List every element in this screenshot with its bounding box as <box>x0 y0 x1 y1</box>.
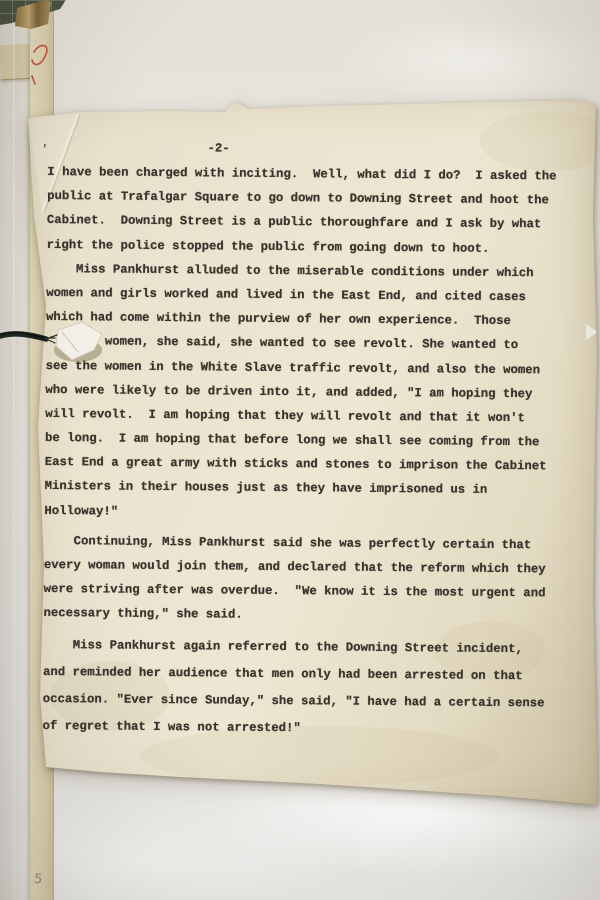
paragraph: Miss Pankhurst again referred to the Dow… <box>42 632 552 744</box>
paragraph: I have been charged with inciting. Well,… <box>47 160 557 261</box>
typed-line: Miss Pankhurst again referred to the Dow… <box>43 632 552 663</box>
red-pencil-mark <box>20 38 60 98</box>
stray-type-mark: ' <box>41 144 48 156</box>
page-paper: -2- ' I have been charged with inciting.… <box>20 96 598 808</box>
photograph-of-typescript-page: { "document": { "page_number": "-2-", "s… <box>0 0 600 900</box>
typed-line: Holloway!" <box>44 499 553 528</box>
typed-line: of regret that I was not arrested!" <box>42 713 551 744</box>
tear-and-thread <box>0 318 140 382</box>
archive-numeral: 5 <box>33 872 43 888</box>
typed-line: occasion. "Ever since Sunday," she said,… <box>43 686 552 717</box>
typed-line: and reminded her audience that men only … <box>43 659 552 690</box>
typed-paragraphs: I have been charged with inciting. Well,… <box>42 160 556 744</box>
paragraph: Miss Pankhurst alluded to the miserable … <box>44 257 555 527</box>
typed-line: Ministers in their houses just as they h… <box>44 474 553 503</box>
typed-line: necessary thing," she said. <box>43 601 552 630</box>
thread-frayed-end <box>45 335 57 343</box>
typescript-page: -2- ' I have been charged with inciting.… <box>20 96 598 808</box>
paragraph: Continuing, Miss Pankhurst said she was … <box>43 529 553 630</box>
typed-text-block: -2- ' I have been charged with inciting.… <box>48 96 593 101</box>
page-number: -2- <box>207 141 229 155</box>
